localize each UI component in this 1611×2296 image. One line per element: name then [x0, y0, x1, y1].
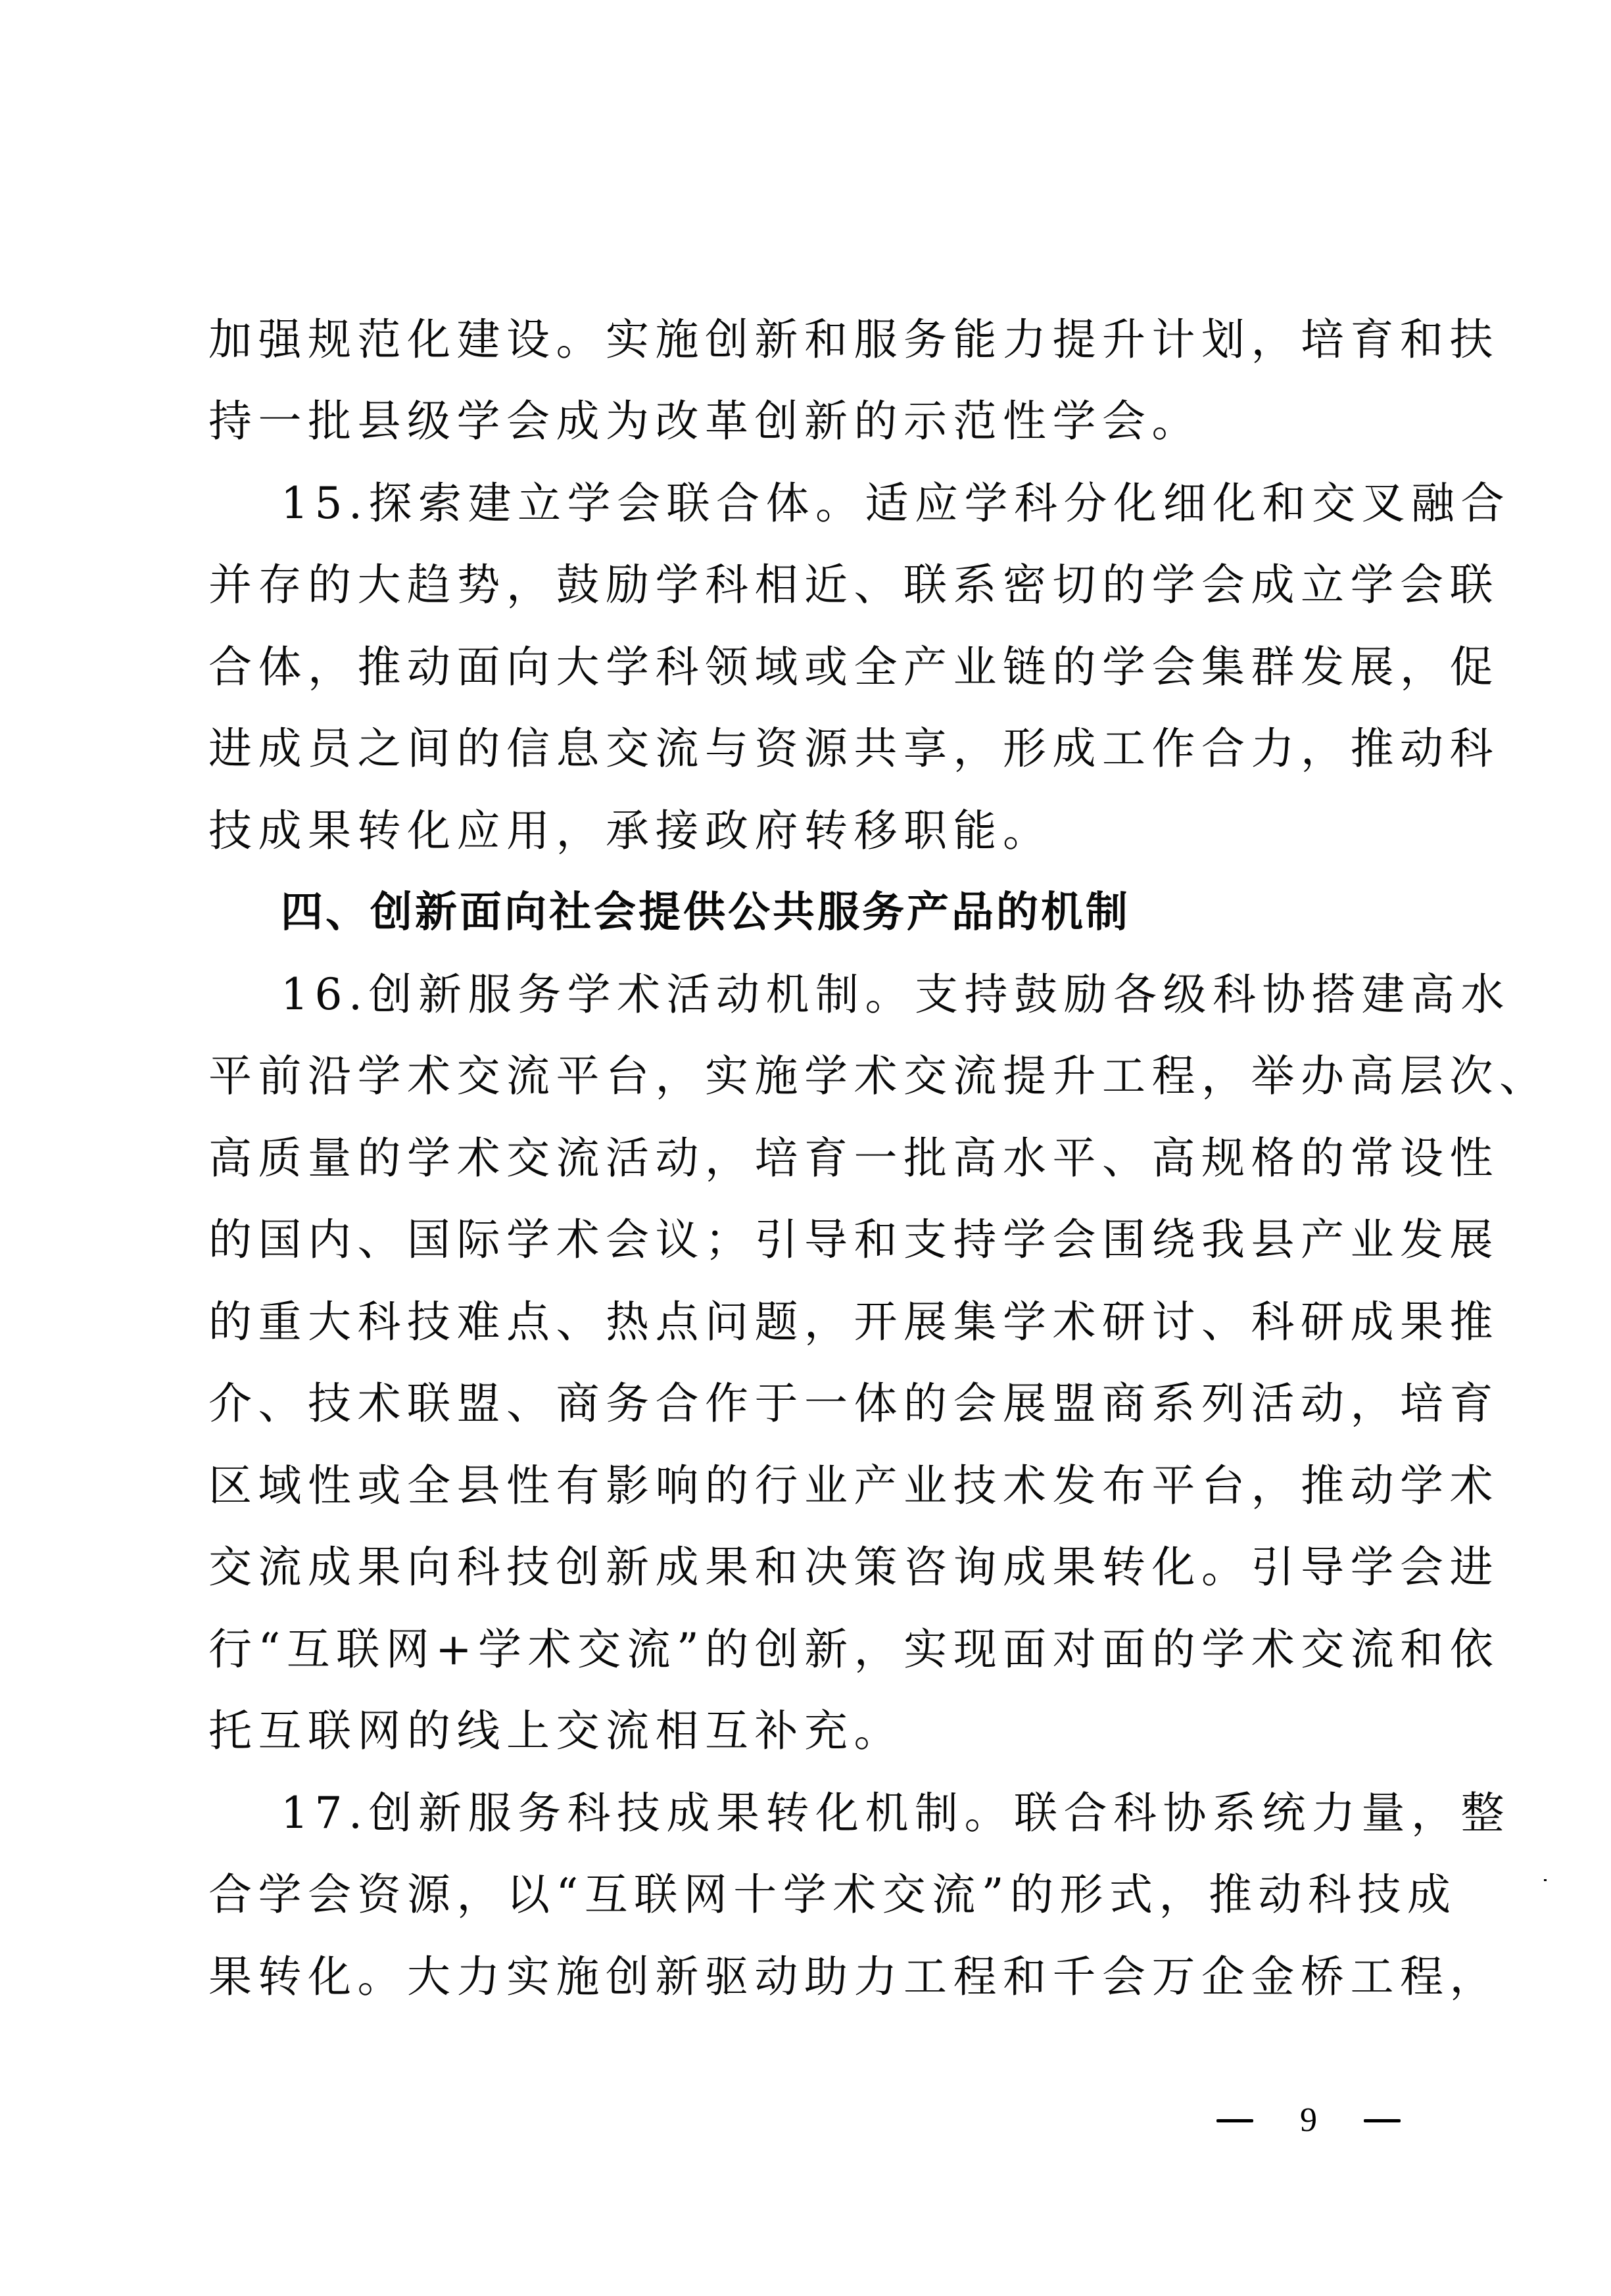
body-line: 持一批县级学会成为改革创新的示范性学会。: [208, 381, 1405, 462]
body-line: 交流成果向科技创新成果和决策咨询成果转化。引导学会进: [208, 1527, 1405, 1608]
body-line: 合学会资源，以“互联网十学术交流”的形式，推动科技成: [208, 1854, 1405, 1936]
body-line: 高质量的学术交流活动，培育一批高水平、高规格的常设性: [208, 1118, 1405, 1199]
body-line: 技成果转化应用，承接政府转移职能。: [208, 790, 1405, 872]
section-heading: 四、创新面向社会提供公共服务产品的机制: [281, 872, 1405, 953]
page-number-dash-left: [1216, 2119, 1253, 2122]
body-line: 区域性或全县性有影响的行业产业技术发布平台，推动学术: [208, 1445, 1405, 1527]
paragraph-15-start: 15.探索建立学会联合体。适应学科分化细化和交叉融合: [281, 463, 1405, 544]
page-number-value: 9: [1300, 2097, 1317, 2143]
body-line: 并存的大趋势，鼓励学科相近、联系密切的学会成立学会联: [208, 544, 1405, 626]
paragraph-16-start: 16.创新服务学术活动机制。支持鼓励各级科协搭建高水: [281, 954, 1405, 1036]
scan-speck: [1544, 1879, 1547, 1881]
paragraph-17-start: 17.创新服务科技成果转化机制。联合科协系统力量，整: [281, 1773, 1405, 1854]
page-number-dash-right: [1364, 2119, 1401, 2122]
body-line: 果转化。大力实施创新驱动助力工程和千会万企金桥工程，: [208, 1936, 1405, 2018]
body-line: 的重大科技难点、热点问题，开展集学术研讨、科研成果推: [208, 1281, 1405, 1363]
document-page: 加强规范化建设。实施创新和服务能力提升计划，培育和扶 持一批县级学会成为改革创新…: [0, 0, 1611, 2296]
body-line: 平前沿学术交流平台，实施学术交流提升工程，举办高层次、: [208, 1036, 1405, 1117]
page-number: 9: [1216, 2097, 1401, 2143]
body-line: 合体，推动面向大学科领域或全产业链的学会集群发展，促: [208, 627, 1405, 708]
body-line: 行“互联网+学术交流”的创新，实现面对面的学术交流和依: [208, 1609, 1405, 1690]
body-line: 托互联网的线上交流相互补充。: [208, 1690, 1405, 1772]
body-line: 的国内、国际学术会议；引导和支持学会围绕我县产业发展: [208, 1199, 1405, 1281]
body-line: 进成员之间的信息交流与资源共享，形成工作合力，推动科: [208, 708, 1405, 790]
body-line: 介、技术联盟、商务合作于一体的会展盟商系列活动，培育: [208, 1363, 1405, 1445]
body-line: 加强规范化建设。实施创新和服务能力提升计划，培育和扶: [208, 299, 1405, 381]
